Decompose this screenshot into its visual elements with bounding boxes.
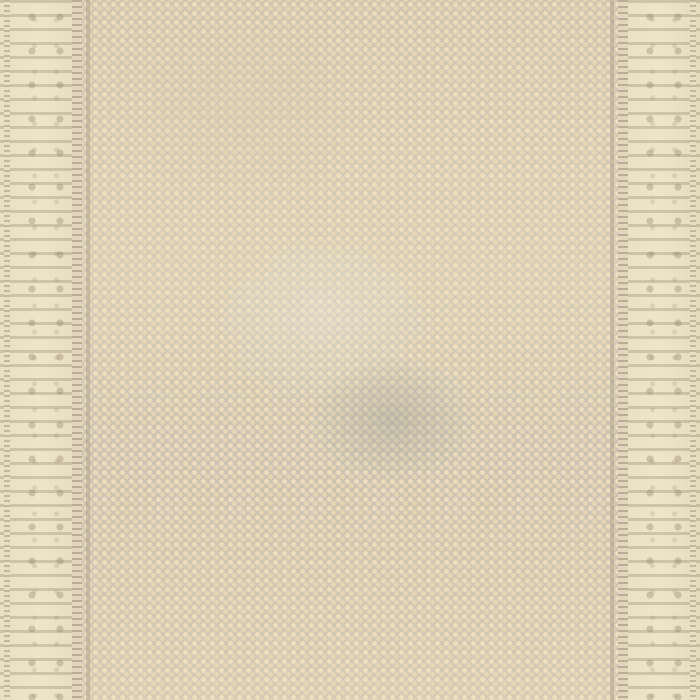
- inner-border-line: [610, 0, 614, 700]
- central-field: [82, 0, 618, 700]
- left-border: [0, 0, 82, 700]
- rug-image: [0, 0, 700, 700]
- border-motifs: [636, 0, 682, 700]
- inner-border-line: [86, 0, 90, 700]
- right-border: [618, 0, 700, 700]
- border-motifs: [18, 0, 64, 700]
